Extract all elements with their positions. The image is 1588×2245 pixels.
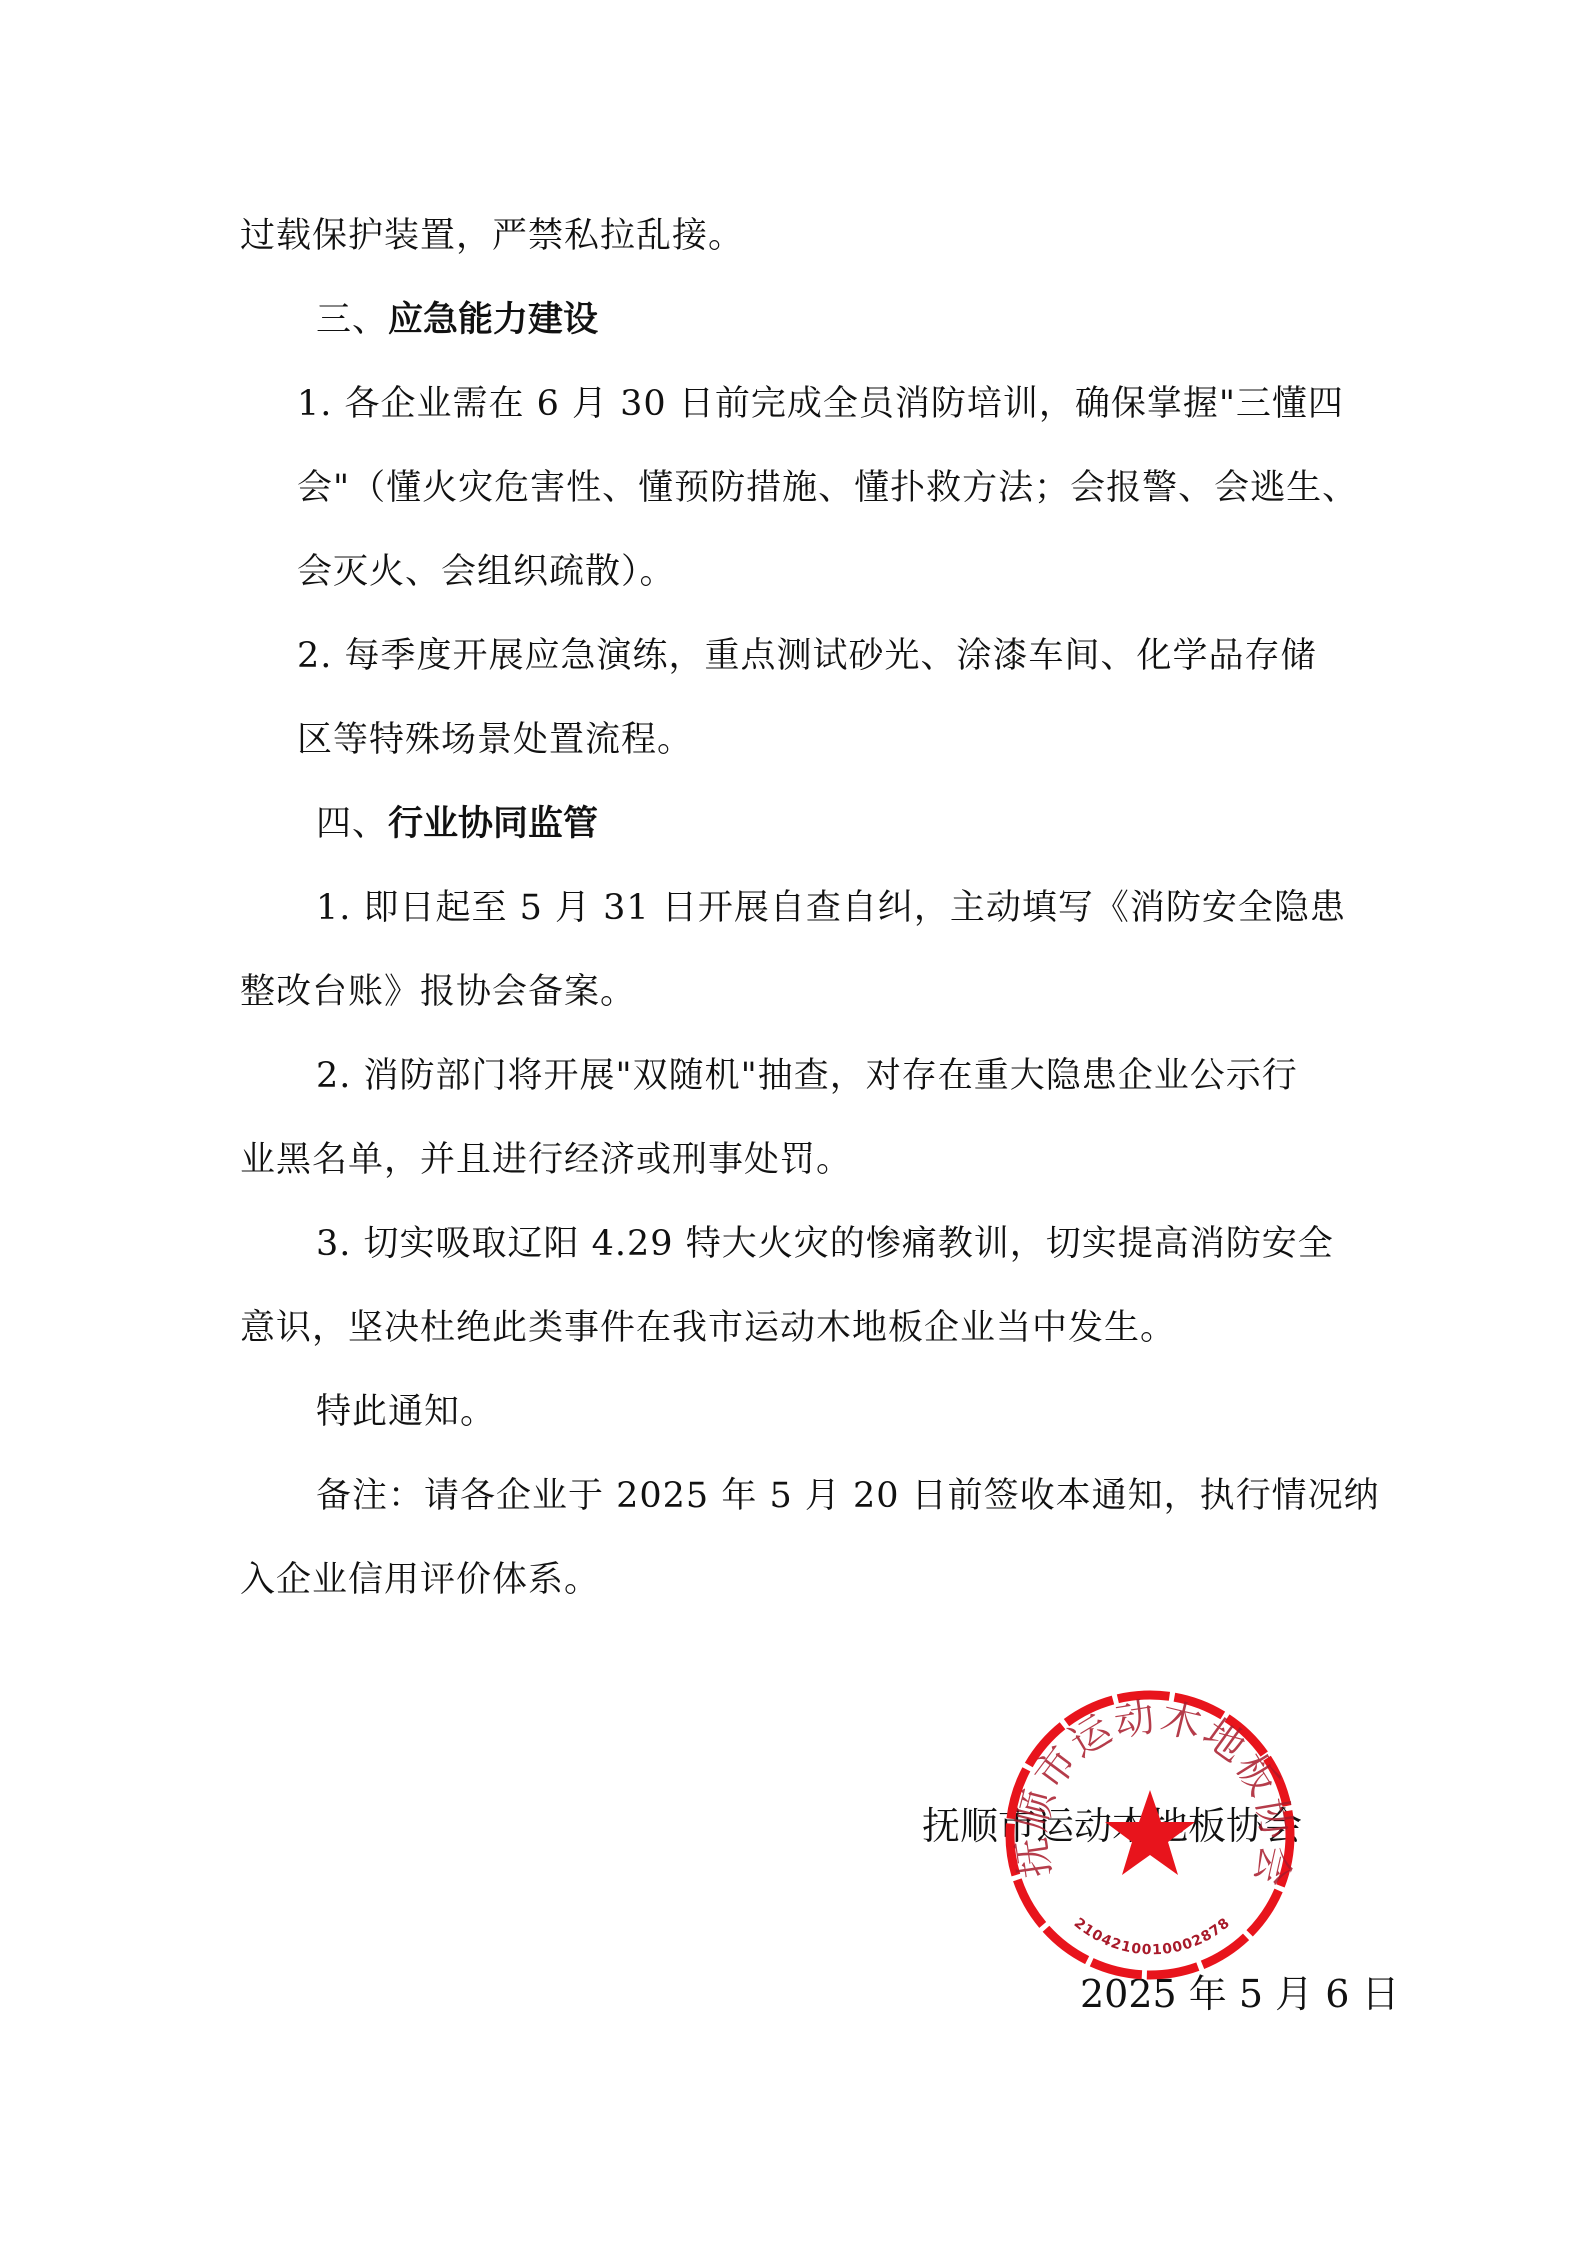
paragraph-line: 备注：请各企业于 2025 年 5 月 20 日前签收本通知，执行情况纳 xyxy=(316,1474,1380,1518)
paragraph-line: 2. 每季度开展应急演练，重点测试砂光、涂漆车间、化学品存储 xyxy=(297,634,1317,678)
paragraph-line: 1. 即日起至 5 月 31 日开展自查自纠，主动填写《消防安全隐患 xyxy=(316,886,1346,930)
signature-date: 2025 年 5 月 6 日 xyxy=(1080,1970,1399,2018)
paragraph-line: 1. 各企业需在 6 月 30 日前完成全员消防培训，确保掌握"三懂四 xyxy=(297,382,1344,426)
paragraph-line: 区等特殊场景处置流程。 xyxy=(297,718,693,762)
paragraph-line: 整改台账》报协会备案。 xyxy=(240,970,636,1014)
paragraph-line: 过载保护装置，严禁私拉乱接。 xyxy=(240,214,744,258)
paragraph-line: 入企业信用评价体系。 xyxy=(240,1558,600,1602)
section-title: 应急能力建设 xyxy=(388,300,598,340)
section-heading-3: 三、应急能力建设 xyxy=(316,298,598,342)
paragraph-line: 3. 切实吸取辽阳 4.29 特大火灾的惨痛教训，切实提高消防安全 xyxy=(316,1222,1334,1266)
paragraph-line: 会"（懂火灾危害性、懂预防措施、懂扑救方法；会报警、会逃生、 xyxy=(297,466,1358,510)
paragraph-line: 业黑名单，并且进行经济或刑事处罚。 xyxy=(240,1138,852,1182)
paragraph-line: 2. 消防部门将开展"双随机"抽查，对存在重大隐患企业公示行 xyxy=(316,1054,1298,1098)
signature-organization: 抚顺市运动木地板协会 xyxy=(922,1802,1302,1850)
paragraph-line: 特此通知。 xyxy=(316,1390,496,1434)
paragraph-line: 会灭火、会组织疏散）。 xyxy=(297,550,676,594)
svg-text:2104210010002878: 2104210010002878 xyxy=(1071,1915,1234,1959)
section-heading-4: 四、行业协同监管 xyxy=(316,802,598,846)
section-number: 四、 xyxy=(316,804,388,844)
svg-text:抚顺市运动木地板协会: 抚顺市运动木地板协会 xyxy=(1009,1694,1300,1892)
section-title: 行业协同监管 xyxy=(388,804,598,844)
section-number: 三、 xyxy=(316,300,388,340)
paragraph-line: 意识，坚决杜绝此类事件在我市运动木地板企业当中发生。 xyxy=(240,1306,1176,1350)
document-page: 过载保护装置，严禁私拉乱接。 三、应急能力建设 1. 各企业需在 6 月 30 … xyxy=(0,0,1588,2245)
